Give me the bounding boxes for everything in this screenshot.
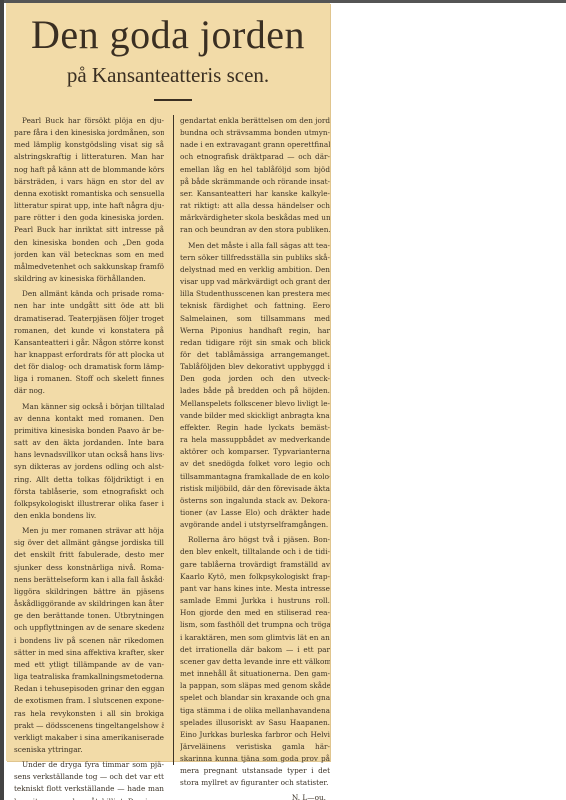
column-divider bbox=[173, 115, 174, 765]
text-line: Pearl Buck har försökt plöja en dju- bbox=[14, 115, 164, 127]
text-line: där nog. bbox=[14, 385, 164, 397]
text-line: skarinna kunna tjäna som goda prov på bbox=[180, 753, 330, 765]
paragraph: Men ju mer romanen strävar att höjasig ö… bbox=[14, 525, 164, 756]
text-line: liga i romanen. Stoff och skelett finnes bbox=[14, 373, 164, 385]
text-line: och uppflyttningen av de senare skedena bbox=[14, 622, 164, 634]
text-line: liga teatraliska framkallningsmetoderna. bbox=[14, 671, 164, 683]
text-line: skildring av kinesiska förhållanden. bbox=[14, 273, 164, 285]
text-line: teknisk färdighet och fattning. Eero bbox=[180, 300, 330, 312]
text-line: effekter. Regin hade lyckats bemäst- bbox=[180, 422, 330, 434]
text-line: österns son ingalunda stack av. Dekora- bbox=[180, 495, 330, 507]
paragraph: gendartat enkla berättelsen om den jord-… bbox=[180, 115, 330, 237]
paragraph: Rollerna äro högst två i pjäsen. Bon-den… bbox=[180, 534, 330, 789]
text-line: har knappast erfordrats för att plocka u… bbox=[14, 349, 164, 361]
text-line: visar upp vad märkvärdigt och grant den bbox=[180, 276, 330, 288]
paragraph: Man känner sig också i början tilltalada… bbox=[14, 401, 164, 523]
text-line: ser. Kansanteatteri har kanske kalkyle- bbox=[180, 188, 330, 200]
text-line: lilla Studenthusscenen kan prestera med bbox=[180, 288, 330, 300]
text-line: folkpsykologiskt illustrerar olika faser… bbox=[14, 498, 164, 510]
text-line: rat riktigt: att alla dessa händelser oc… bbox=[180, 200, 330, 212]
text-line: jorden kan väl betecknas som en med bbox=[14, 249, 164, 261]
text-line: ran och beundran av den stora publiken. bbox=[180, 224, 330, 236]
text-line: av det snedögda folket voro legio och bbox=[180, 458, 330, 470]
text-line: sceniska yttringar. bbox=[14, 744, 164, 756]
text-line: Salmelainen, som tillsammans med bbox=[180, 313, 330, 325]
text-line: romanen, det kunde vi konstatera på bbox=[14, 325, 164, 337]
text-line: och etnografisk dräktparad — och där- bbox=[180, 151, 330, 163]
text-line: Men ju mer romanen strävar att höja bbox=[14, 525, 164, 537]
text-line: bundna och strävsamma bonden utmyn- bbox=[180, 127, 330, 139]
text-line: pare rötter i den goda kinesiska jorden. bbox=[14, 212, 164, 224]
text-line: ra hela massuppbådet av medverkande bbox=[180, 434, 330, 446]
text-line: scener gav detta levande inre ett välkom… bbox=[180, 656, 330, 668]
text-line: verkligt makaber i sina amerikaniserade bbox=[14, 732, 164, 744]
text-line: Redan i tehusepisoden grinar den eggan- bbox=[14, 683, 164, 695]
text-line: Men det måste i alla fall sägas att tea- bbox=[180, 240, 330, 252]
text-line: met innehåll åt situationerna. Den gam- bbox=[180, 668, 330, 680]
text-line: avgörande andel i utstyrselframgången. bbox=[180, 519, 330, 531]
text-line: nade i en extravagant grann operettfinal bbox=[180, 139, 330, 151]
text-line: vande bilder med skickligt anbragta knal… bbox=[180, 410, 330, 422]
text-line: sens verkställande tog — och det var ett bbox=[14, 771, 164, 783]
text-line: Hon gjorde den med en stiliserad rea- bbox=[180, 607, 330, 619]
text-line: gare tablåerna trovärdigt framställd av bbox=[180, 559, 330, 571]
text-line: denna exotiskt romantiska och sensuella bbox=[14, 188, 164, 200]
text-line: Rollerna äro högst två i pjäsen. Bon- bbox=[180, 534, 330, 546]
paragraph: Under de dryga fyra timmar som pjä-sens … bbox=[14, 759, 164, 800]
text-line: Kaarlo Kytö, men folkpsykologiskt frap- bbox=[180, 571, 330, 583]
text-line: sig över det allmänt gängse jordiska til… bbox=[14, 537, 164, 549]
text-line: Den allmänt kända och prisade roma- bbox=[14, 288, 164, 300]
text-line: Pearl Buck har inriktat sitt intresse på bbox=[14, 224, 164, 236]
text-line: sjunker dess konstnärliga nivå. Roma- bbox=[14, 562, 164, 574]
text-line: aktörer och komparser. Typvarianterna bbox=[180, 446, 330, 458]
text-line: ras hela revykonsten i all sin brokiga bbox=[14, 708, 164, 720]
text-line: på både skrämmande och rörande insat- bbox=[180, 176, 330, 188]
text-line: pare fåra i den kinesiska jordmånen, som bbox=[14, 127, 164, 139]
text-line: i bondens liv på scenen när rikedomen bbox=[14, 635, 164, 647]
text-line: ring. Allt detta tolkas följdriktigt i e… bbox=[14, 474, 164, 486]
text-line: gendartat enkla berättelsen om den jord- bbox=[180, 115, 330, 127]
text-line: hunnit vara med om åtskilligt. Den ie- bbox=[14, 796, 164, 800]
text-line: Werna Piponius handhaft regin, har bbox=[180, 325, 330, 337]
text-line: primitiva kinesiska bonden Paavo är be- bbox=[14, 425, 164, 437]
paragraph: Den allmänt kända och prisade roma-nen h… bbox=[14, 288, 164, 397]
text-line: nog haft på känn att de blommande körs- bbox=[14, 164, 164, 176]
author-signature: N. L—ou. bbox=[180, 792, 330, 800]
text-line: det irrationella där bakom — i ett par bbox=[180, 644, 330, 656]
text-line: Under de dryga fyra timmar som pjä- bbox=[14, 759, 164, 771]
text-line: för det tablåmässiga arrangemanget. bbox=[180, 349, 330, 361]
text-line: syn dikteras av jordens odling och alst- bbox=[14, 461, 164, 473]
text-line: liggöra skildringen bättre än pjäsens bbox=[14, 586, 164, 598]
text-line: tioner (av Lasse Elo) och dräkter hade bbox=[180, 507, 330, 519]
text-line: i karaktären, men som glimtvis lät en an… bbox=[180, 632, 330, 644]
text-line: emellan låg en hel tablåföljd som bjöd bbox=[180, 164, 330, 176]
paragraph: Men det måste i alla fall sägas att tea-… bbox=[180, 240, 330, 532]
text-line: prakt — dödsscenens tingeltangelshow är bbox=[14, 720, 164, 732]
text-line: Mellanspelets folkscener blevo livligt l… bbox=[180, 398, 330, 410]
text-line: tern söker tillfredsställa sin publiks s… bbox=[180, 252, 330, 264]
text-line: Den goda jorden och den utveck- bbox=[180, 373, 330, 385]
left-column: Pearl Buck har försökt plöja en dju-pare… bbox=[14, 115, 164, 800]
text-line: Eino Jurkkas burleska farbror och Helvi bbox=[180, 729, 330, 741]
right-column: gendartat enkla berättelsen om den jord-… bbox=[180, 115, 330, 800]
article-title: Den goda jorden bbox=[6, 11, 330, 58]
text-line: bärsträden, i vars hägn en stor del av bbox=[14, 176, 164, 188]
text-line: med ett ytligt tillämpande av de van- bbox=[14, 659, 164, 671]
text-line: la pappan, som släpas med genom skåde- bbox=[180, 680, 330, 692]
text-line: Tablåföljden blev dekorativt uppbyggd i bbox=[180, 361, 330, 373]
text-line: nens berättelseform kan i alla fall åskå… bbox=[14, 574, 164, 586]
text-line: den kinesiska bonden och „Den goda bbox=[14, 237, 164, 249]
text-line: mera pregnant utstansade typer i det bbox=[180, 765, 330, 777]
text-line: hans levnadsvillkor utan också hans livs… bbox=[14, 449, 164, 461]
text-line: tillsammantagna framkallade de en kolo- bbox=[180, 471, 330, 483]
newspaper-clipping: Den goda jorden på Kansanteatteris scen.… bbox=[6, 3, 330, 761]
title-rule bbox=[154, 99, 192, 101]
text-line: pant var hans kines inte. Mesta intresse bbox=[180, 583, 330, 595]
text-line: av denna kontakt med romanen. Den bbox=[14, 413, 164, 425]
text-line: med lämplig konstgödsling visat sig så bbox=[14, 139, 164, 151]
text-line: samlade Emmi Jurkka i hustruns roll. bbox=[180, 595, 330, 607]
text-line: märkvärdigheter skola beskådas med und- bbox=[180, 212, 330, 224]
text-line: det enskilt fritt fabulerade, desto mer bbox=[14, 549, 164, 561]
text-line: litteratur spirat upp, inte haft några d… bbox=[14, 200, 164, 212]
text-line: tiga stämma i de olika mellanhavandena bbox=[180, 705, 330, 717]
text-line: den enkla bondens liv. bbox=[14, 510, 164, 522]
text-line: lism, som fasthöll det trumpna och tröga bbox=[180, 619, 330, 631]
paragraph: Pearl Buck har försökt plöja en dju-pare… bbox=[14, 115, 164, 285]
text-line: stora myllret av figuranter och statiste… bbox=[180, 777, 330, 789]
text-line: den blev enkelt, tilltalande och i de ti… bbox=[180, 546, 330, 558]
text-line: sätter in med sina affektiva krafter, sk… bbox=[14, 647, 164, 659]
text-line: satt av den äkta jordanden. Inte bara bbox=[14, 437, 164, 449]
text-line: dramatiserad. Teaterpjäsen följer troget bbox=[14, 313, 164, 325]
text-line: ristisk miljöbild, där den förevisade äk… bbox=[180, 483, 330, 495]
text-line: alstringskraftig i litteraturen. Man har bbox=[14, 151, 164, 163]
text-line: Kansanteatteri i går. Någon större konst bbox=[14, 337, 164, 349]
article-subtitle: på Kansanteatteris scen. bbox=[6, 63, 330, 88]
text-line: spelet och blandar sin kraxande och gna- bbox=[180, 692, 330, 704]
text-line: nen har inte undgått sitt öde att bli bbox=[14, 300, 164, 312]
scan-left-edge bbox=[0, 0, 4, 800]
text-line: Järveläinens veristiska gamla här- bbox=[180, 741, 330, 753]
text-line: första tablåserie, som etnografiskt och bbox=[14, 486, 164, 498]
text-line: redan tidigare röjt sin smak och blick bbox=[180, 337, 330, 349]
text-line: spelades illusoriskt av Sasu Haapanen. bbox=[180, 717, 330, 729]
text-line: målmedvetenhet och sakkunskap framförd bbox=[14, 261, 164, 273]
text-line: det för dialog- och dramatisk form lämp- bbox=[14, 361, 164, 373]
text-line: åskådliggörande av skildringen kan åter- bbox=[14, 598, 164, 610]
text-line: tekniskt flott verkställande — hade man bbox=[14, 783, 164, 795]
text-line: de exotismen fram. I slutscenen expone- bbox=[14, 695, 164, 707]
text-line: ge den berättande tonen. Utbrytningen bbox=[14, 610, 164, 622]
text-line: lades både på bredden och på höjden. bbox=[180, 385, 330, 397]
text-line: Man känner sig också i början tilltalad bbox=[14, 401, 164, 413]
text-line: delystnad med en verklig ambition. Den bbox=[180, 264, 330, 276]
